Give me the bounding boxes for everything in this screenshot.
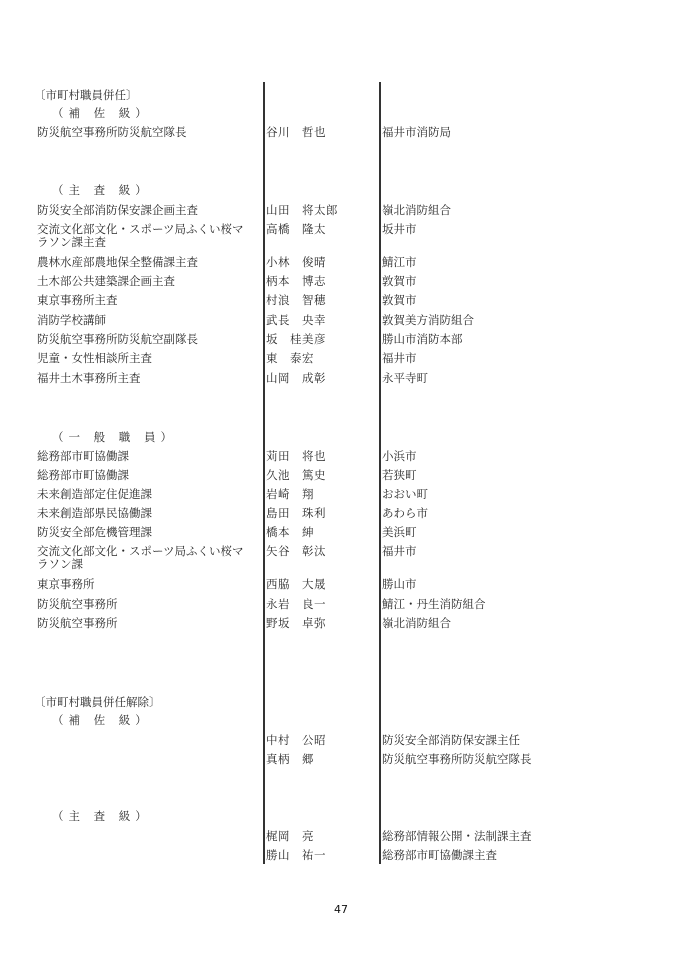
position-cell: 消防学校講師 — [37, 313, 106, 327]
name-cell: 武長 央幸 — [266, 313, 326, 327]
origin-cell: 嶺北消防組合 — [382, 616, 451, 630]
section-title: 〔市町村職員併任〕 — [34, 88, 138, 102]
position-cell: 東京事務所主査 — [37, 293, 118, 307]
position-cell: 福井土木事務所主査 — [37, 371, 141, 385]
name-cell: 山田 将太郎 — [266, 203, 338, 217]
position-cell: 交流文化部文化・スポーツ局ふくい桜マラソン課 — [37, 545, 252, 571]
position-cell: 防災航空事務所 — [37, 616, 118, 630]
page-number-text: 47 — [334, 903, 348, 916]
name-cell: 山岡 成彰 — [266, 371, 326, 385]
group-label: （主 査 級） — [52, 809, 152, 823]
column-divider-right — [379, 82, 381, 864]
origin-cell: おおい町 — [382, 487, 428, 501]
section-title: 〔市町村職員併任解除〕 — [34, 695, 161, 709]
name-cell: 小林 俊晴 — [266, 255, 326, 269]
name-cell: 勝山 祐一 — [266, 848, 326, 862]
name-cell: 中村 公昭 — [266, 733, 326, 747]
position-cell: 土木部公共建築課企画主査 — [37, 274, 175, 288]
name-cell: 高橋 隆太 — [266, 222, 326, 236]
position-cell: 防災安全部危機管理課 — [37, 525, 152, 539]
origin-cell: 坂井市 — [382, 222, 417, 236]
name-cell: 矢谷 彰汰 — [266, 544, 326, 558]
origin-cell: あわら市 — [382, 506, 428, 520]
position-cell: 防災航空事務所 — [37, 597, 118, 611]
position-cell: 防災安全部消防保安課企画主査 — [37, 203, 198, 217]
origin-cell: 勝山市消防本部 — [382, 332, 463, 346]
column-divider-left — [263, 82, 265, 864]
origin-cell: 敦賀市 — [382, 274, 417, 288]
origin-cell: 美浜町 — [382, 525, 417, 539]
name-cell: 野坂 卓弥 — [266, 616, 326, 630]
name-cell: 永岩 良一 — [266, 597, 326, 611]
origin-cell: 総務部情報公開・法制課主査 — [382, 829, 532, 843]
position-cell: 児童・女性相談所主査 — [37, 351, 152, 365]
origin-cell: 福井市 — [382, 544, 417, 558]
origin-cell: 若狭町 — [382, 468, 417, 482]
group-label: （補 佐 級） — [52, 106, 152, 120]
origin-cell: 防災安全部消防保安課主任 — [382, 733, 520, 747]
name-cell: 久池 篤史 — [266, 468, 326, 482]
position-cell: 総務部市町協働課 — [37, 468, 129, 482]
position-cell: 防災航空事務所防災航空副隊長 — [37, 332, 198, 346]
origin-cell: 小浜市 — [382, 449, 417, 463]
name-cell: 橋本 紳 — [266, 525, 314, 539]
origin-cell: 鯖江市 — [382, 255, 417, 269]
origin-cell: 永平寺町 — [382, 371, 428, 385]
origin-cell: 勝山市 — [382, 577, 417, 591]
position-cell: 防災航空事務所防災航空隊長 — [37, 125, 187, 139]
origin-cell: 総務部市町協働課主査 — [382, 848, 497, 862]
origin-cell: 福井市 — [382, 351, 417, 365]
position-cell: 東京事務所 — [37, 577, 95, 591]
name-cell: 真柄 郷 — [266, 752, 314, 766]
group-label: （主 査 級） — [52, 183, 152, 197]
name-cell: 東 泰宏 — [266, 351, 314, 365]
position-cell: 未来創造部県民協働課 — [37, 506, 152, 520]
origin-cell: 福井市消防局 — [382, 125, 451, 139]
group-label: （一 般 職 員） — [52, 430, 177, 444]
position-cell: 農林水産部農地保全整備課主査 — [37, 255, 198, 269]
origin-cell: 敦賀市 — [382, 293, 417, 307]
name-cell: 村浪 智穂 — [266, 293, 326, 307]
group-label: （補 佐 級） — [52, 713, 152, 727]
name-cell: 島田 珠利 — [266, 506, 326, 520]
document-page: 〔市町村職員併任〕 （補 佐 級） 防災航空事務所防災航空隊長 谷川 哲也 福井… — [0, 0, 680, 961]
origin-cell: 嶺北消防組合 — [382, 203, 451, 217]
origin-cell: 敦賀美方消防組合 — [382, 313, 474, 327]
name-cell: 谷川 哲也 — [266, 125, 326, 139]
name-cell: 梶岡 亮 — [266, 829, 314, 843]
origin-cell: 防災航空事務所防災航空隊長 — [382, 752, 532, 766]
name-cell: 柄本 博志 — [266, 274, 326, 288]
name-cell: 西脇 大晟 — [266, 577, 326, 591]
name-cell: 坂 桂美彦 — [266, 332, 326, 346]
name-cell: 岩崎 翔 — [266, 487, 314, 501]
position-cell: 交流文化部文化・スポーツ局ふくい桜マラソン課主査 — [37, 223, 252, 249]
origin-cell: 鯖江・丹生消防組合 — [382, 597, 486, 611]
name-cell: 苅田 将也 — [266, 449, 326, 463]
position-cell: 未来創造部定住促進課 — [37, 487, 152, 501]
page-number: 47 — [0, 903, 680, 916]
position-cell: 総務部市町協働課 — [37, 449, 129, 463]
